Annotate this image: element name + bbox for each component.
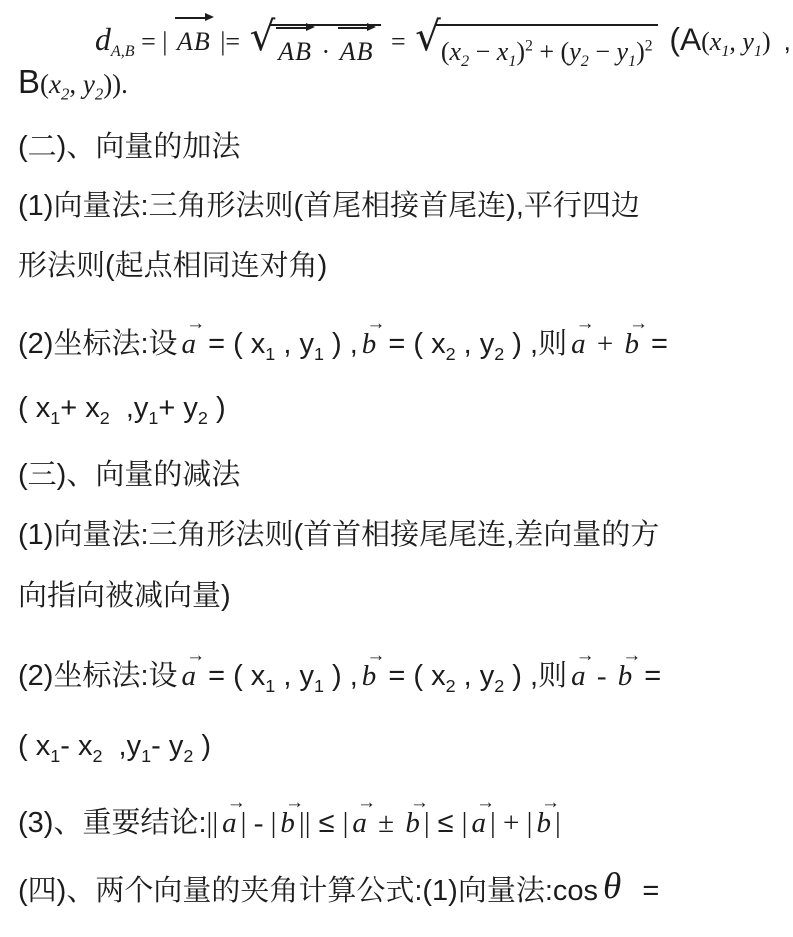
body-text: = ( xyxy=(380,328,431,360)
symbol-base: y xyxy=(83,69,95,99)
vector-b: b→ xyxy=(276,806,299,841)
symbol-base: ) xyxy=(636,37,645,66)
subscripted-symbol: y1 xyxy=(134,392,159,424)
vector-addition-coordinate-result: ( x1+ x2 ,y1+ y2 ) xyxy=(18,391,226,426)
body-text: , xyxy=(275,660,299,692)
symbol-base: x xyxy=(78,730,93,762)
subscript: 1 xyxy=(141,746,151,766)
symbol-base: y xyxy=(569,37,581,66)
square-root: √AB · AB xyxy=(250,24,382,67)
body-text: = ( xyxy=(380,660,431,692)
vector-arrow-head-icon xyxy=(205,13,214,21)
symbol-base: x xyxy=(431,328,446,360)
heading-vector-addition: (二)、向量的加法 xyxy=(18,130,240,165)
symbol-base: x xyxy=(251,328,266,360)
subscript: 1 xyxy=(628,53,636,70)
math-text: , xyxy=(729,27,742,56)
math-text: || xyxy=(207,807,219,839)
radicand: AB · AB xyxy=(270,24,381,67)
subscripted-symbol: y2 xyxy=(480,660,505,692)
vector-arrow-icon: → xyxy=(476,793,495,812)
subscript: 1 xyxy=(754,43,762,60)
subscripted-symbol: x1 xyxy=(251,328,276,360)
body-text: (2)坐标法:设 xyxy=(18,328,178,360)
body-text: + xyxy=(60,392,85,424)
math-text: | + | xyxy=(490,807,532,839)
body-text: (1)向量法:三角形法则(首尾相接首尾连),平行四边 xyxy=(18,190,640,222)
vector-a: a→ xyxy=(178,659,201,694)
body-text: ) ,则 xyxy=(504,328,567,360)
subscripted-symbol: x1 xyxy=(710,27,730,56)
symbol-base: y xyxy=(134,392,149,424)
vector-arrow-line xyxy=(175,17,205,19)
body-text: 向指向被减向量) xyxy=(18,580,231,612)
math-text: |= xyxy=(214,27,247,56)
math-text: − xyxy=(589,37,617,66)
subscripted-symbol: y1 xyxy=(299,328,324,360)
symbol-base: y xyxy=(480,328,495,360)
subscripted-symbol: y2 xyxy=(183,392,208,424)
body-text: ≤ xyxy=(430,807,462,839)
math-text: ( xyxy=(701,27,710,56)
math-text: ( xyxy=(40,69,49,99)
math-text: · xyxy=(315,37,337,66)
math-text: )). xyxy=(103,69,128,99)
body-text: + xyxy=(158,392,183,424)
vector-addition-triangle-rule: (1)向量法:三角形法则(首尾相接首尾连),平行四边 xyxy=(18,189,640,224)
vector-arrow-head-icon xyxy=(367,23,376,31)
vector-subtraction-coordinate-method: (2)坐标法:设a→ = ( x1 , y1 ) ,b→ = ( x2 , y2… xyxy=(18,659,661,694)
vector-b: b→ xyxy=(620,327,643,362)
body-text: ( xyxy=(18,730,36,762)
vector-a: a→ xyxy=(567,327,590,362)
vector-subtraction-coordinate-result: ( x1- x2 ,y1- y2 ) xyxy=(18,729,211,764)
vector-arrow-head-icon xyxy=(306,23,315,31)
vector-AB: AB xyxy=(174,26,214,57)
body-text: = ( xyxy=(200,660,251,692)
math-symbol: θ xyxy=(603,866,621,907)
symbol-base: x xyxy=(431,660,446,692)
document-page: dA,B = | AB |= √AB · AB = √(x2 − x1)2 + … xyxy=(0,0,793,937)
vector-b: b→ xyxy=(614,659,637,694)
formula-distance-line1: dA,B = | AB |= √AB · AB = √(x2 − x1)2 + … xyxy=(95,20,791,67)
vector-arrow-icon: → xyxy=(629,314,648,333)
body-text: 形法则(起点相同连对角) xyxy=(18,250,327,282)
heading-vector-subtraction: (三)、向量的减法 xyxy=(18,458,240,493)
subscripted-symbol: y1 xyxy=(299,660,324,692)
subscript: 1 xyxy=(265,344,275,364)
symbol-base: y xyxy=(480,660,495,692)
subscripted-symbol: x1 xyxy=(251,660,276,692)
vector-arrow-icon: → xyxy=(576,646,595,665)
subscript: 1 xyxy=(50,408,60,428)
subscript: 2 xyxy=(446,344,456,364)
vector-subtraction-triangle-rule-cont: 向指向被减向量) xyxy=(18,579,231,614)
vector-a: a→ xyxy=(567,659,590,694)
subscript: 2 xyxy=(494,344,504,364)
vector-arrow-icon: → xyxy=(357,793,376,812)
body-text: (3)、重要结论: xyxy=(18,807,207,839)
body-text: , xyxy=(110,392,134,424)
math-text: , xyxy=(69,69,83,99)
subscript: 2 xyxy=(494,676,504,696)
symbol-base: x xyxy=(85,392,100,424)
subscripted-symbol: y2 xyxy=(480,328,505,360)
symbol-base: x xyxy=(497,37,509,66)
vector-arrow-icon: → xyxy=(366,314,385,333)
subscripted-symbol: x2 xyxy=(450,37,470,66)
symbol-base: x xyxy=(710,27,722,56)
subscripted-symbol: x1 xyxy=(497,37,517,66)
body-text: , xyxy=(275,328,299,360)
subscripted-symbol: x2 xyxy=(431,328,456,360)
body-text: B xyxy=(18,63,40,100)
subscript: 2 xyxy=(183,746,193,766)
body-text: (二)、向量的加法 xyxy=(18,131,240,163)
math-text: ( xyxy=(441,37,450,66)
subscripted-symbol: y1 xyxy=(127,730,152,762)
math-text: = | xyxy=(135,27,174,56)
vector-arrow-icon: → xyxy=(410,793,429,812)
heading-angle-formula: (四)、两个向量的夹角计算公式:(1)向量法:cosθ = xyxy=(18,867,659,912)
vector-b: b→ xyxy=(532,806,555,841)
vector-arrow-icon: → xyxy=(366,646,385,665)
subscripted-symbol: y2 xyxy=(83,69,103,99)
math-text: | - | xyxy=(241,807,277,839)
vector-a: a→ xyxy=(218,806,241,841)
symbol-base: y xyxy=(299,328,314,360)
symbol-base: x xyxy=(49,69,61,99)
math-text: − xyxy=(469,37,497,66)
body-text: ) ,则 xyxy=(504,660,567,692)
body-text: (1)向量法:三角形法则(首首相接尾尾连,差向量的方 xyxy=(18,519,659,551)
subscript: 2 xyxy=(100,408,110,428)
body-text: (2)坐标法:设 xyxy=(18,660,178,692)
body-text: ) , xyxy=(324,328,358,360)
subscript: 1 xyxy=(265,676,275,696)
body-text: ≤ xyxy=(311,807,343,839)
body-text: , xyxy=(456,328,480,360)
symbol-base: x xyxy=(36,392,51,424)
symbol-base: y xyxy=(742,27,754,56)
subscripted-symbol: y1 xyxy=(742,27,762,56)
vector-arrow-icon: → xyxy=(285,793,304,812)
vector-subtraction-triangle-rule: (1)向量法:三角形法则(首首相接尾尾连,差向量的方 xyxy=(18,518,659,553)
vector-arrow-icon: → xyxy=(576,314,595,333)
body-text: = xyxy=(626,875,659,907)
subscript: 2 xyxy=(446,676,456,696)
symbol-base: x xyxy=(36,730,51,762)
vector-b: b→ xyxy=(401,806,424,841)
symbol-base: x xyxy=(251,660,266,692)
body-text: ) xyxy=(193,730,211,762)
important-conclusion-triangle-inequality: (3)、重要结论:||a→| - |b→|| ≤ |a→ ± b→| ≤ |a→… xyxy=(18,806,561,841)
math-text: ) xyxy=(762,27,784,56)
vector-a: a→ xyxy=(467,806,490,841)
subscripted-symbol: x2 xyxy=(49,69,69,99)
body-text: ) xyxy=(208,392,226,424)
subscript: 2 xyxy=(581,53,589,70)
superscript: 2 xyxy=(645,37,653,54)
subscripted-symbol: x2 xyxy=(431,660,456,692)
body-text: ( xyxy=(18,392,36,424)
vector-addition-triangle-rule-cont: 形法则(起点相同连对角) xyxy=(18,249,327,284)
subscript: 2 xyxy=(95,84,103,103)
vector-AB: AB xyxy=(337,36,377,67)
subscript: 1 xyxy=(314,676,324,696)
body-text: (三)、向量的减法 xyxy=(18,459,240,491)
subscript: 1 xyxy=(50,746,60,766)
subscripted-symbol: x2 xyxy=(78,730,103,762)
symbol-base: ) xyxy=(516,37,525,66)
vector-letters: AB xyxy=(177,27,211,56)
vector-letters: AB xyxy=(278,37,312,66)
symbol-base: y xyxy=(183,392,198,424)
symbol-base: x xyxy=(450,37,462,66)
radicand: (x2 − x1)2 + (y2 − y1)2 xyxy=(436,24,658,67)
vector-arrow-icon: → xyxy=(541,793,560,812)
vector-arrow-icon: → xyxy=(186,646,205,665)
symbol-base: y xyxy=(127,730,142,762)
square-root: √(x2 − x1)2 + (y2 − y1)2 xyxy=(415,24,657,67)
body-text: (A xyxy=(661,21,702,57)
math-text: + ( xyxy=(533,37,569,66)
subscripted-symbol: y1 xyxy=(616,37,636,66)
body-text: = ( xyxy=(200,328,251,360)
symbol-base: y xyxy=(616,37,628,66)
subscript: 1 xyxy=(314,344,324,364)
vector-a: a→ xyxy=(348,806,371,841)
body-text: - xyxy=(151,730,169,762)
vector-arrow-line xyxy=(338,27,368,29)
subscript: A,B xyxy=(111,43,135,60)
superscripted-symbol: )2 xyxy=(636,37,652,66)
subscripted-symbol: y2 xyxy=(569,37,589,66)
subscript: 2 xyxy=(92,746,102,766)
math-text: = xyxy=(384,27,412,56)
body-text: , xyxy=(456,660,480,692)
vector-arrow-icon: → xyxy=(227,793,246,812)
vector-arrow-icon: → xyxy=(186,314,205,333)
subscripted-symbol: x2 xyxy=(85,392,110,424)
body-text: - xyxy=(60,730,78,762)
superscripted-symbol: )2 xyxy=(516,37,532,66)
vector-a: a→ xyxy=(178,327,201,362)
subscript: 2 xyxy=(198,408,208,428)
vector-AB: AB xyxy=(275,36,315,67)
subscript: 2 xyxy=(461,53,469,70)
superscript: 2 xyxy=(525,37,533,54)
subscripted-symbol: x1 xyxy=(36,392,61,424)
symbol-base: y xyxy=(299,660,314,692)
subscripted-symbol: y2 xyxy=(169,730,194,762)
vector-letters: AB xyxy=(340,37,374,66)
vector-arrow-icon: → xyxy=(622,646,641,665)
symbol-base: y xyxy=(169,730,184,762)
subscripted-symbol: x1 xyxy=(36,730,61,762)
subscript: 1 xyxy=(148,408,158,428)
math-symbol: d xyxy=(95,22,111,57)
body-text: ) , xyxy=(324,660,358,692)
body-text: , xyxy=(784,26,791,56)
body-text: , xyxy=(102,730,126,762)
body-text: (四)、两个向量的夹角计算公式:(1)向量法:cos xyxy=(18,875,598,907)
vector-addition-coordinate-method: (2)坐标法:设a→ = ( x1 , y1 ) ,b→ = ( x2 , y2… xyxy=(18,327,668,362)
vector-b: b→ xyxy=(358,659,381,694)
vector-arrow-line xyxy=(276,27,306,29)
formula-distance-line2: B(x2, y2)). xyxy=(18,62,128,102)
vector-b: b→ xyxy=(358,327,381,362)
